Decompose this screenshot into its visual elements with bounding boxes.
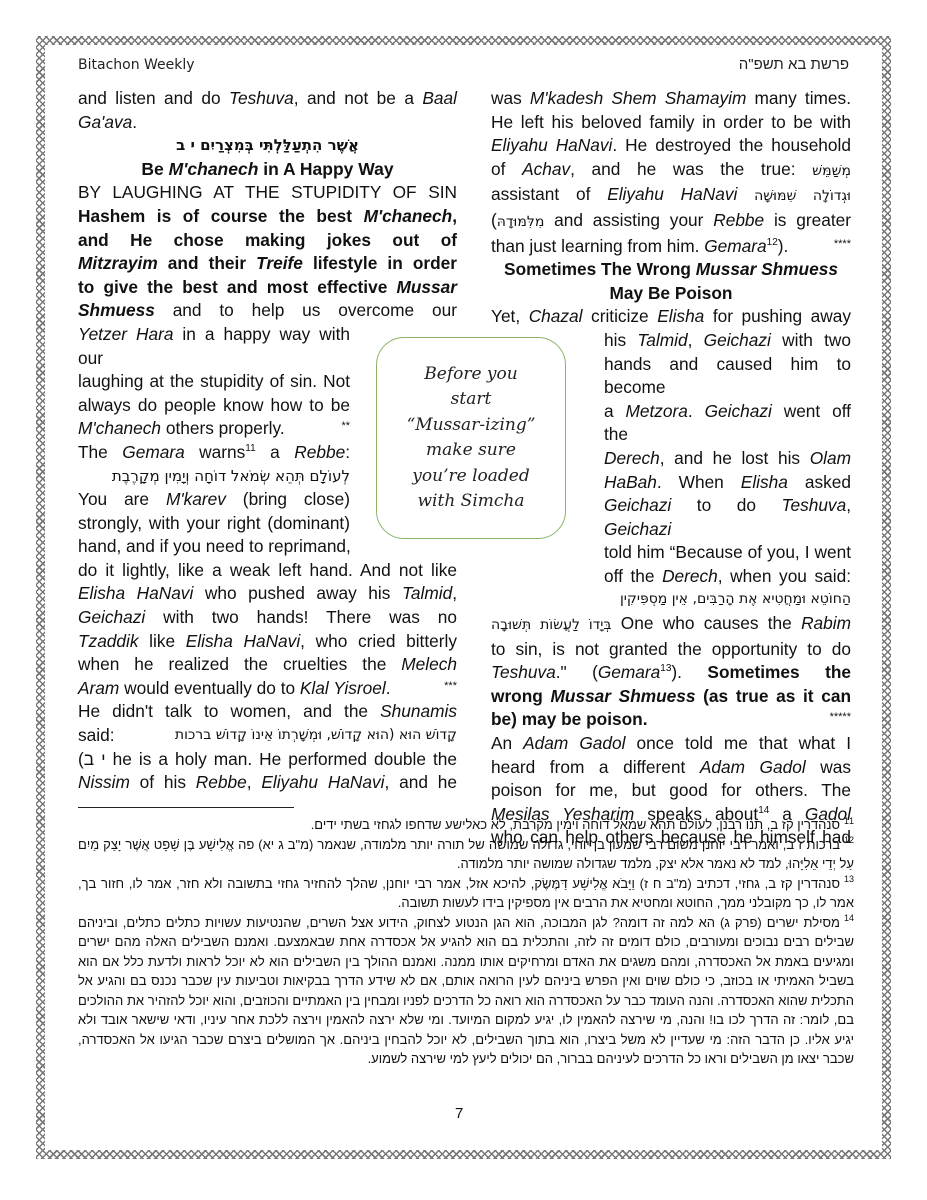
text-line: Geichazi to do Teshuva, Geichazi (491, 494, 851, 541)
publication-title: Bitachon Weekly (78, 57, 195, 73)
text-line: laughing at the stupidity of sin. Not (78, 370, 350, 394)
section-heading: Sometimes The Wrong Mussar Shmuess (491, 258, 851, 282)
section-separator: *** (444, 675, 457, 699)
text-line: hand, and if you need to reprimand, (78, 535, 350, 559)
text-line: when he realized the cruelties the Melec… (78, 653, 457, 677)
text-line: M'chanech others properly.** (78, 417, 350, 441)
right-column: was M'kadesh Shem Shamayim many times. H… (491, 87, 851, 850)
text-line: Yet, Chazal criticize Elisha for pushing… (491, 305, 851, 329)
section-heading: May Be Poison (491, 282, 851, 306)
callout-line: start (451, 387, 492, 413)
footnote-ref-13[interactable]: 13 (660, 663, 671, 674)
text-line: wrong Mussar Shmuess (as true as it can (491, 685, 851, 709)
text-line: He left his beloved family in order to b… (491, 111, 851, 135)
text-line: to sin, is not granted the opportunity t… (491, 638, 851, 662)
footnote-11: 11סנהדרין קז ב, תנו רבנן, לעולם תהא שמאל… (78, 815, 854, 835)
text-line: of Achav, and he was the true: מְשַׁמֵּש… (491, 158, 851, 184)
text-line: said: קָדוֹשׁ הוּא (הוּא קָדוֹשׁ, וּמְשָ… (78, 724, 457, 748)
text-line: always do people know how to be (78, 394, 350, 418)
text-line: be) may be poison.***** (491, 708, 851, 732)
text-line: off the Derech, when you said: (491, 565, 851, 589)
text-line: The Gemara warns1411 a Rebbe: (78, 441, 350, 465)
text-line: and He chose making jokes out of (78, 229, 457, 253)
text-line: than just learning from him. Gemara12).*… (491, 235, 851, 259)
text-line: Elisha HaNavi who pushed away his Talmid… (78, 582, 457, 606)
hebrew-heading: אֲשֶׁר הִתְעַלַּלְתִּי בְּמִצְרַיִם י ב (78, 134, 457, 158)
text-line: בְּיָדוֹ לַעֲשׂוֹת תְּשׁוּבָה One who ca… (491, 612, 851, 638)
section-heading: Be M'chanech in A Happy Way (78, 158, 457, 182)
text-line: Teshuva." (Gemara13). Sometimes the (491, 661, 851, 685)
text-line: Shmuess and to help us overcome our (78, 299, 457, 323)
text-line: to give the best and most effective Muss… (78, 276, 457, 300)
text-line: Nissim of his Rebbe, Eliyahu HaNavi, and… (78, 771, 457, 795)
text-line: heard from a different Adam Gadol was (491, 756, 851, 780)
text-line: Eliyahu HaNavi. He destroyed the househo… (491, 134, 851, 158)
footnote-13: 13סנהדרין קז ב, גחזי, דכתיב (מ"ב ח ז) וַ… (78, 874, 854, 913)
text-line: strongly, with your right (dominant) (78, 512, 350, 536)
text-line: HaBah. When Elisha asked (491, 471, 851, 495)
text-line: hands and caused him to become (491, 353, 851, 400)
footnote-ref-12[interactable]: 12 (767, 237, 778, 248)
text-line: (מִלִּמּוּדָהּ and assisting your Rebbe … (491, 209, 851, 235)
hebrew-quote: לְעוֹלָם תְּהֵא שְׂמֹאל דוֹחָה וְיָמִין … (78, 465, 350, 489)
footnotes: 11סנהדרין קז ב, תנו רבנן, לעולם תהא שמאל… (78, 815, 854, 1069)
text-line: Geichazi with two hands! There was no (78, 606, 457, 630)
text-line: Derech, and he lost his Olam (491, 447, 851, 471)
text-line: told him “Because of you, I went (491, 541, 851, 565)
text-line: Ga'ava. (78, 111, 457, 135)
text-line: was M'kadesh Shem Shamayim many times. (491, 87, 851, 111)
text-line: a Metzora. Geichazi went off the (491, 400, 851, 447)
text-line: Tzaddik like Elisha HaNavi, who cried bi… (78, 630, 457, 654)
text-line: An Adam Gadol once told me that what I (491, 732, 851, 756)
footnote-separator (78, 807, 294, 808)
hebrew-quote: קָדוֹשׁ הוּא (הוּא קָדוֹשׁ, וּמְשָׁרְתוֹ… (175, 724, 457, 748)
text-line: Aram would eventually do to Klal Yisroel… (78, 677, 457, 701)
text-line: and listen and do Teshuva, and not be a … (78, 87, 457, 111)
footnote-ref-11[interactable]: 11 (245, 443, 255, 454)
text-line: Mitzrayim and their Treife lifestyle in … (78, 252, 457, 276)
section-separator: ** (341, 415, 350, 439)
text-line: do it lightly, like a weak left hand. An… (78, 559, 457, 583)
section-subheading: BY LAUGHING AT THE STUPIDITY OF SIN (78, 181, 457, 205)
text-line: You are M'karev (bring close) (78, 488, 350, 512)
section-separator: **** (834, 233, 851, 257)
text-line: poison for me, but good for others. The (491, 779, 851, 803)
hebrew-quote: הַחוֹטֵא וּמַחֲטִיא אֶת הָרַבִּים, אֵין … (491, 588, 851, 612)
footnote-12: 12ברכות ז ב, ואמר רבי יוחנן משום רבי שמע… (78, 835, 854, 874)
text-line: Yetzer Hara in a happy way with our (78, 323, 350, 370)
page-number: 7 (455, 1105, 463, 1122)
text-line: (י ב he is a holy man. He performed doub… (78, 748, 457, 772)
text-line: assistant of Eliyahu HaNavi וּגְדוֹלָה ש… (491, 183, 851, 209)
text-line: Hashem is of course the best M'chanech, (78, 205, 457, 229)
text-line: He didn't talk to women, and the Shunami… (78, 700, 457, 724)
parsha-title: פרשת בא תשפ"ה (739, 56, 849, 73)
text-line: his Talmid, Geichazi with two (491, 329, 851, 353)
footnote-14: 14מסילת ישרים (פרק ג) הא למה זה דומה? לג… (78, 913, 854, 1069)
section-separator: ***** (830, 706, 851, 730)
